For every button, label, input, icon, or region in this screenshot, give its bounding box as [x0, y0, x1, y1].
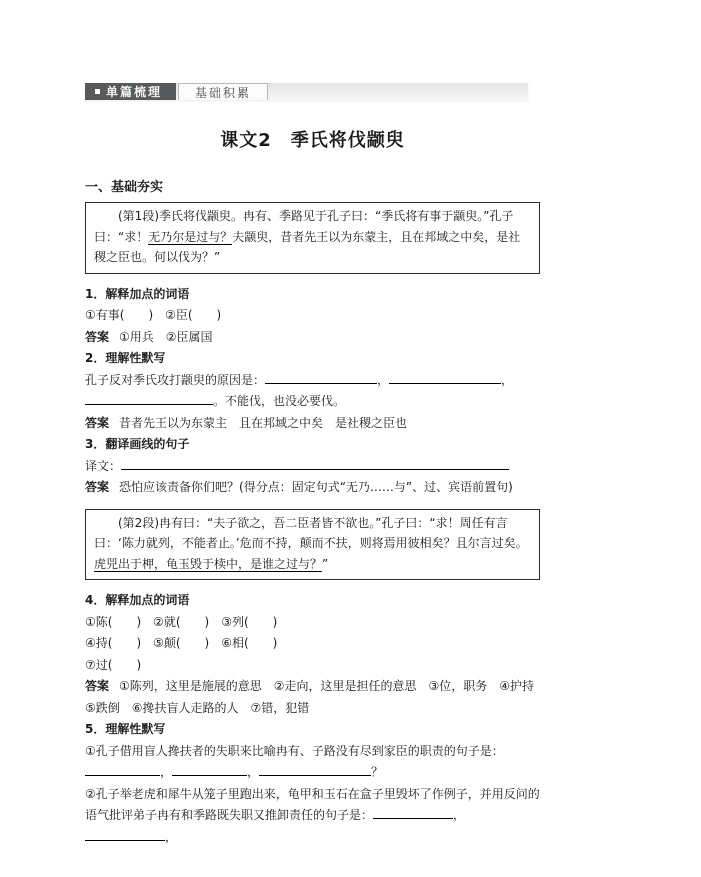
- q2-tail-line: 。不能伐，也没必要伐。: [85, 391, 540, 413]
- tab-label: 单篇梳理: [106, 83, 162, 100]
- q4-answer-line-2: ⑤跌倒 ⑥搀扶盲人走路的人 ⑦错，犯错: [85, 698, 540, 720]
- q3-answer: 恐怕应该责备你们吧？(得分点：固定句式“无乃……与”、过、宾语前置句): [119, 480, 513, 494]
- q2-prompt-line: 孔子反对季氏攻打颛臾的原因是：，，: [85, 370, 540, 392]
- passage-box-1: (第1段)季氏将伐颛臾。冉有、季路见于孔子曰：“季氏将有事于颛臾。”孔子曰：“求…: [85, 202, 540, 274]
- q2-comma-2: ，: [501, 373, 513, 387]
- q2-blank-2: [389, 371, 501, 384]
- q2-heading: 2．理解性默写: [85, 348, 540, 370]
- q2-prompt: 孔子反对季氏攻打颛臾的原因是：: [85, 373, 265, 387]
- q2-blank-1: [265, 371, 377, 384]
- q3-translation-line: 译文：: [85, 456, 540, 478]
- tab-jichu-jilei[interactable]: 基础积累: [178, 83, 268, 100]
- q5-sub1-blanks: ，，？: [85, 762, 540, 784]
- q2-tail: 。不能伐，也没必要伐。: [213, 394, 345, 408]
- q4-answer-1: ①陈列，这里是施展的意思 ②走向，这里是担任的意思 ③位，职务 ④护持: [119, 679, 534, 693]
- passage-1-underlined: 无乃尔是过与？: [148, 230, 232, 245]
- passage-2-underlined: 虎兕出于柙，龟玉毁于椟中，是谁之过与？: [94, 557, 322, 572]
- q5-sub1-qmark: ？: [371, 765, 383, 779]
- q4-row-1: ①陈( ) ②就( ) ③列( ): [85, 612, 540, 634]
- q2-comma-1: ，: [377, 373, 389, 387]
- q5-sub1-blank-2: [172, 763, 247, 776]
- q1-answer-line: 答案①用兵 ②臣属国: [85, 327, 540, 349]
- q4-answer-line-1: 答案①陈列，这里是施展的意思 ②走向，这里是担任的意思 ③位，职务 ④护持: [85, 676, 540, 698]
- worksheet-page: 单篇梳理 基础积累 课文2 季氏将伐颛臾 一、基础夯实 (第1段)季氏将伐颛臾。…: [0, 0, 701, 877]
- q1-items: ①有事( ) ②臣( ): [85, 305, 540, 327]
- q5-sub2-line: ②孔子举老虎和犀牛从笼子里跑出来，龟甲和玉石在盒子里毁坏了作例子，并用反问的语气…: [85, 784, 540, 849]
- q1-heading: 1．解释加点的词语: [85, 284, 540, 306]
- q5-heading: 5．理解性默写: [85, 719, 540, 741]
- q2-blank-3: [85, 392, 213, 405]
- q4-heading: 4．解释加点的词语: [85, 590, 540, 612]
- q5-sub1-comma-2: ，: [247, 765, 259, 779]
- page-title: 课文2 季氏将伐颛臾: [85, 126, 540, 152]
- passage-2-part2: ”: [322, 557, 328, 571]
- content-column: 课文2 季氏将伐颛臾 一、基础夯实 (第1段)季氏将伐颛臾。冉有、季路见于孔子曰…: [85, 100, 540, 848]
- q1-answer: ①用兵 ②臣属国: [119, 330, 213, 344]
- tab-danpian-shuli[interactable]: 单篇梳理: [85, 83, 176, 100]
- tab-label: 基础积累: [195, 84, 251, 101]
- q5-sub2-blank-1: [373, 806, 453, 819]
- q5-sub1-blank-3: [259, 763, 371, 776]
- square-bullet-icon: [95, 89, 100, 94]
- passage-2-part1: (第2段)冉有曰：“夫子欲之，吾二臣者皆不欲也。”孔子曰：“求！周任有言曰：‘陈…: [94, 516, 528, 551]
- q3-blank: [121, 457, 509, 470]
- q2-answer-line: 答案昔者先王以为东蒙主 且在邦域之中矣 是社稷之臣也: [85, 413, 540, 435]
- q5-sub1-comma-1: ，: [160, 765, 172, 779]
- q5-sub1-blank-1: [85, 763, 160, 776]
- q3-heading: 3．翻译画线的句子: [85, 434, 540, 456]
- top-tab-bar: 单篇梳理 基础积累: [85, 83, 528, 100]
- answer-label: 答案: [85, 416, 109, 430]
- q4-row-3: ⑦过( ): [85, 655, 540, 677]
- answer-label: 答案: [85, 480, 109, 494]
- passage-1-text: (第1段)季氏将伐颛臾。冉有、季路见于孔子曰：“季氏将有事于颛臾。”孔子曰：“求…: [94, 206, 531, 268]
- answer-label: 答案: [85, 330, 109, 344]
- q4-answer-2: ⑤跌倒 ⑥搀扶盲人走路的人 ⑦错，犯错: [85, 701, 309, 715]
- q5-sub1-prompt: ①孔子借用盲人搀扶者的失职来比喻冉有、子路没有尽到家臣的职责的句子是：: [85, 741, 540, 763]
- q2-answer: 昔者先王以为东蒙主 且在邦域之中矣 是社稷之臣也: [119, 416, 407, 430]
- q5-sub2-comma-1: ，: [453, 808, 465, 822]
- q4-row-2: ④持( ) ⑤颠( ) ⑥相( ): [85, 633, 540, 655]
- passage-2-text: (第2段)冉有曰：“夫子欲之，吾二臣者皆不欲也。”孔子曰：“求！周任有言曰：‘陈…: [94, 513, 531, 575]
- section-heading: 一、基础夯实: [85, 176, 540, 195]
- q3-label: 译文：: [85, 459, 121, 473]
- answer-label: 答案: [85, 679, 109, 693]
- passage-box-2: (第2段)冉有曰：“夫子欲之，吾二臣者皆不欲也。”孔子曰：“求！周任有言曰：‘陈…: [85, 509, 540, 581]
- q5-sub2-blank-2: [85, 828, 165, 841]
- q5-sub2-prompt: ②孔子举老虎和犀牛从笼子里跑出来，龟甲和玉石在盒子里毁坏了作例子，并用反问的语气…: [85, 787, 540, 823]
- q3-answer-line: 答案恐怕应该责备你们吧？(得分点：固定句式“无乃……与”、过、宾语前置句): [85, 477, 540, 499]
- q5-sub2-comma-2: ，: [165, 830, 177, 844]
